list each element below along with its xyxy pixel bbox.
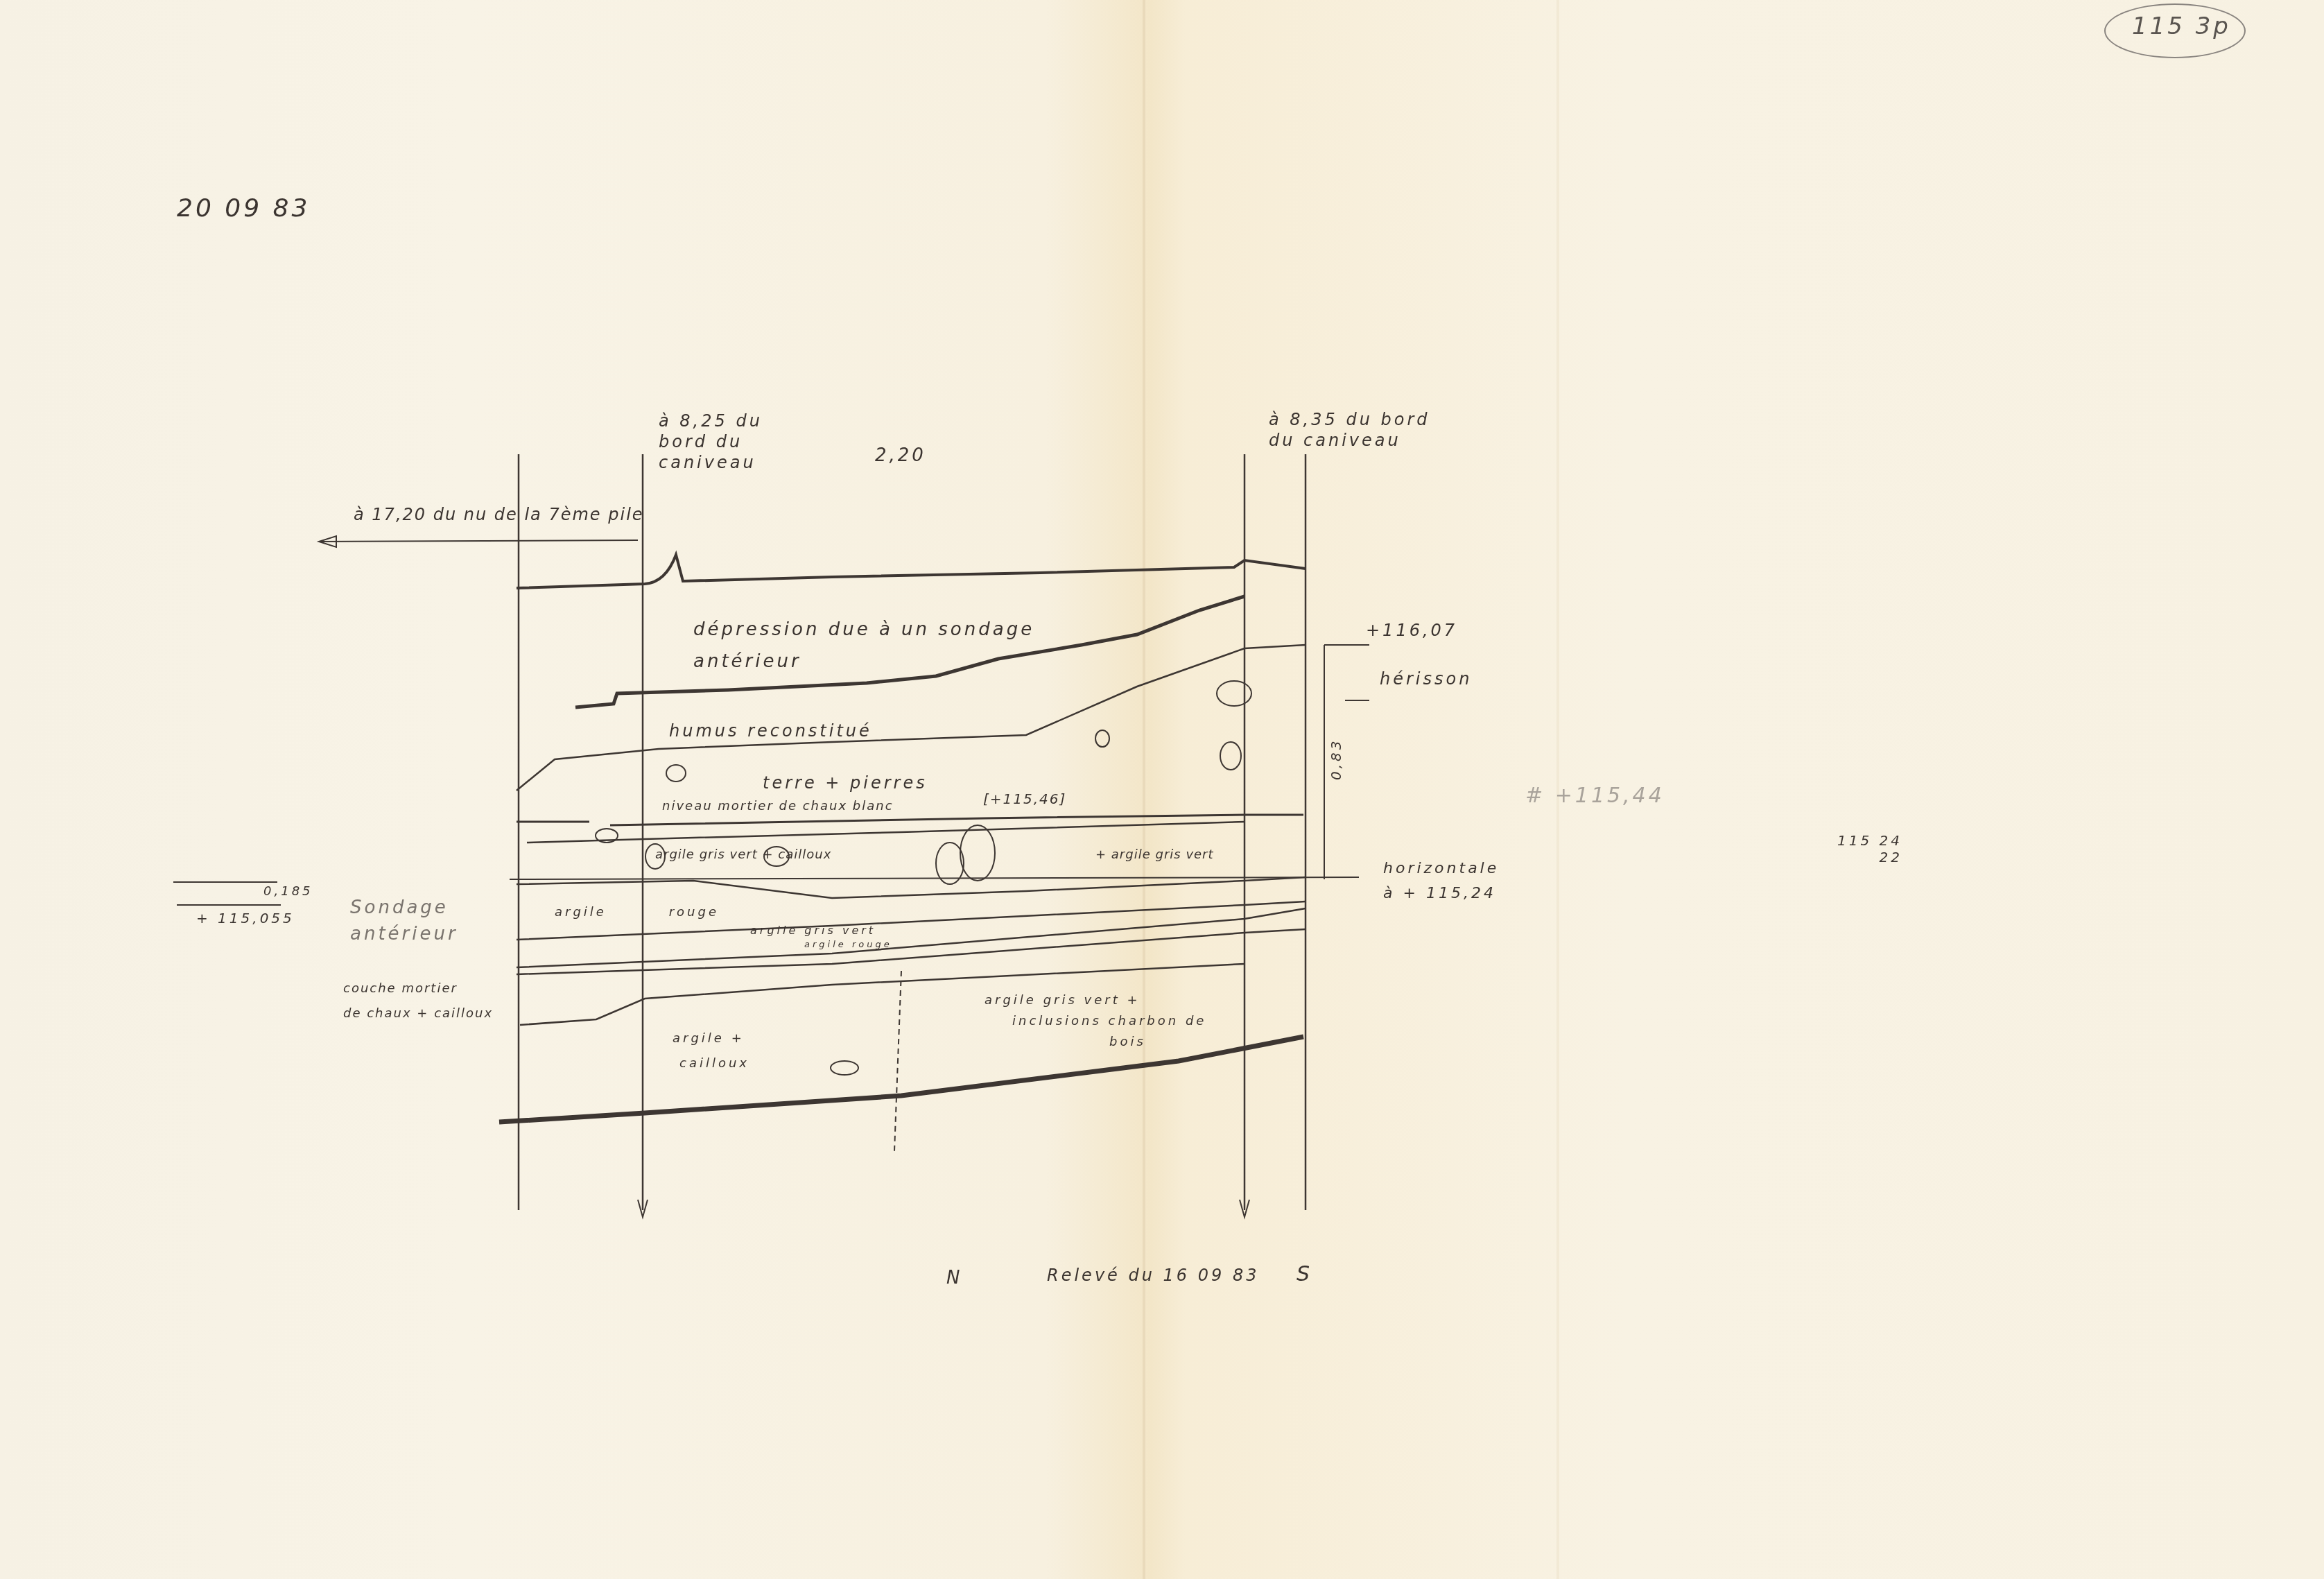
layer-argile-cailloux: argile + cailloux	[673, 1026, 749, 1076]
layer-terre-pierres: terre + pierres	[763, 773, 928, 793]
section-drawing	[0, 0, 2324, 1579]
footer-south: S	[1297, 1262, 1312, 1286]
layer-argile-rouge: argile rouge	[555, 905, 719, 920]
footer-caption: Relevé du 16 09 83	[1047, 1266, 1259, 1285]
point-elevation: [+115,46]	[983, 791, 1066, 807]
layer-humus: humus reconstitué	[669, 721, 872, 741]
horizontal-label: horizontale à + 115,24	[1383, 856, 1499, 906]
layer-argile-gris-vert-cailloux: argile gris vert + cailloux	[655, 847, 831, 862]
height-dim: 0,83	[1328, 738, 1344, 780]
couche-label: couche mortier de chaux + cailloux	[343, 976, 493, 1026]
layer-mortier: niveau mortier de chaux blanc	[662, 799, 894, 813]
left-dim-value: 0,185	[263, 884, 313, 899]
top-elevation: +116,07	[1366, 621, 1457, 640]
footer-north: N	[946, 1268, 962, 1288]
left-line-ref: à 8,25 du bord du caniveau	[659, 411, 763, 473]
layer-argile-charbon: argile gris vert + inclusions charbon de…	[985, 990, 1206, 1053]
left-elevation: + 115,055	[196, 910, 295, 926]
side-calc: 115 24 22	[1837, 832, 1902, 865]
layer-argile-rouge-2: argile rouge	[804, 940, 892, 950]
layer-argile-gris-vert-2: argile gris vert	[750, 924, 876, 937]
herisson-label: hérisson	[1380, 669, 1472, 689]
sondage-label: Sondage antérieur	[350, 895, 458, 947]
right-line-ref: à 8,35 du bord du caniveau	[1269, 409, 1430, 451]
layer-depression: dépression due à un sondage antérieur	[693, 614, 1034, 678]
pile-distance: à 17,20 du nu de la 7ème pile	[354, 505, 644, 524]
layer-argile-gris-vert-extra: + argile gris vert	[1095, 847, 1214, 862]
pencil-note: # +115,44	[1525, 784, 1665, 808]
span-width: 2,20	[875, 445, 926, 466]
